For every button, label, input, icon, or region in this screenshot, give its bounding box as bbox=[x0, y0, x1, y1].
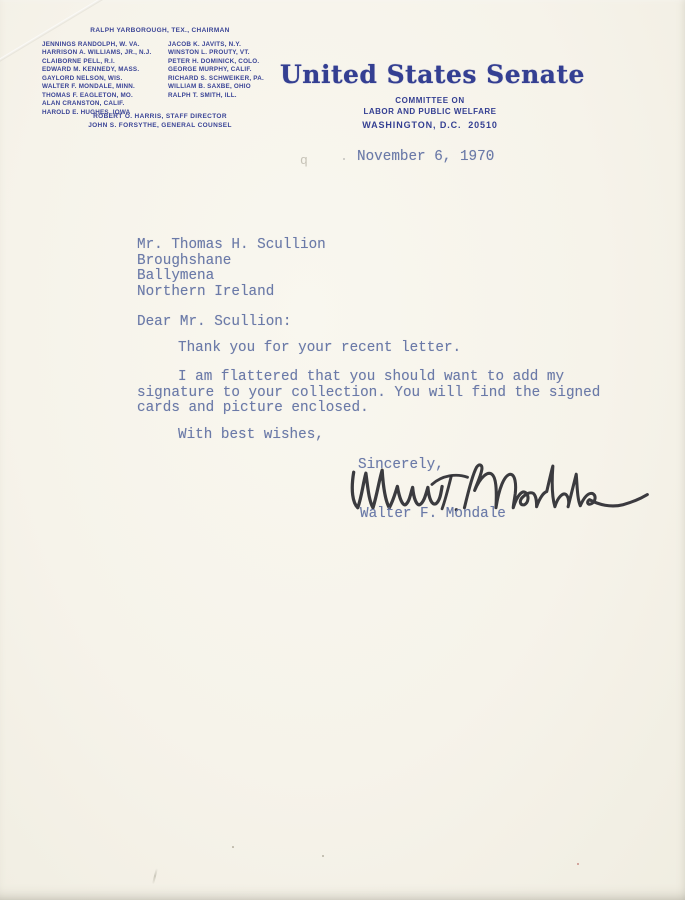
committee-member: GAYLORD NELSON, WIS. bbox=[42, 75, 151, 83]
body-paragraph-2: I am flattered that you should want to a… bbox=[137, 370, 600, 417]
staff-member: JOHN S. FORSYTHE, GENERAL COUNSEL bbox=[40, 121, 280, 130]
salutation: Dear Mr. Scullion: bbox=[137, 315, 291, 331]
paper-speck bbox=[577, 863, 579, 865]
paper-speck bbox=[343, 158, 345, 160]
committee-member: ALAN CRANSTON, CALIF. bbox=[42, 100, 151, 108]
committee-staff: ROBERT O. HARRIS, STAFF DIRECTORJOHN S. … bbox=[40, 112, 280, 130]
committee-member: HARRISON A. WILLIAMS, JR., N.J. bbox=[42, 49, 151, 57]
body-line: cards and picture enclosed. bbox=[137, 401, 600, 417]
committee-member: EDWARD M. KENNEDY, MASS. bbox=[42, 66, 151, 74]
committee-members-left: JENNINGS RANDOLPH, W. VA.HARRISON A. WIL… bbox=[42, 41, 151, 117]
paper-speck bbox=[322, 855, 324, 857]
committee-member: JENNINGS RANDOLPH, W. VA. bbox=[42, 41, 151, 49]
recipient-address-line: Ballymena bbox=[137, 269, 326, 285]
committee-on-line: COMMITTEE ON bbox=[280, 96, 580, 105]
recipient-address-line: Mr. Thomas H. Scullion bbox=[137, 238, 326, 254]
committee-member: WINSTON L. PROUTY, VT. bbox=[168, 49, 264, 57]
washington-address-line: WASHINGTON, D.C. 20510 bbox=[280, 120, 580, 130]
committee-member: RICHARD S. SCHWEIKER, PA. bbox=[168, 75, 264, 83]
committee-member: RALPH T. SMITH, ILL. bbox=[168, 92, 264, 100]
committee-member: CLAIBORNE PELL, R.I. bbox=[42, 58, 151, 66]
committee-member: WALTER F. MONDALE, MINN. bbox=[42, 83, 151, 91]
committee-member: JACOB K. JAVITS, N.Y. bbox=[168, 41, 264, 49]
letter-page: RALPH YARBOROUGH, TEX., CHAIRMAN JENNING… bbox=[0, 0, 685, 900]
letterhead-senate-block: United States Senate COMMITTEE ON LABOR … bbox=[280, 60, 580, 130]
committee-member: WILLIAM B. SAXBE, OHIO bbox=[168, 83, 264, 91]
body-paragraph-1: Thank you for your recent letter. bbox=[178, 341, 461, 357]
recipient-address-line: Northern Ireland bbox=[137, 285, 326, 301]
body-line: I am flattered that you should want to a… bbox=[137, 370, 600, 386]
date-line: November 6, 1970 bbox=[357, 150, 494, 166]
committee-member: PETER H. DOMINICK, COLO. bbox=[168, 58, 264, 66]
recipient-address-line: Broughshane bbox=[137, 254, 326, 270]
committee-name-line: LABOR AND PUBLIC WELFARE bbox=[280, 107, 580, 116]
staff-member: ROBERT O. HARRIS, STAFF DIRECTOR bbox=[40, 112, 280, 121]
senate-title: United States Senate bbox=[280, 60, 580, 89]
faint-pencil-mark: q bbox=[300, 153, 308, 168]
committee-member: THOMAS F. EAGLETON, MO. bbox=[42, 92, 151, 100]
committee-members-right: JACOB K. JAVITS, N.Y.WINSTON L. PROUTY, … bbox=[168, 41, 264, 100]
paper-speck bbox=[232, 846, 234, 848]
paper-smudge bbox=[152, 868, 158, 884]
typed-signature-name: Walter F. Mondale bbox=[360, 507, 506, 523]
committee-chairman: RALPH YARBOROUGH, TEX., CHAIRMAN bbox=[40, 27, 280, 34]
recipient-address: Mr. Thomas H. ScullionBroughshaneBallyme… bbox=[137, 238, 326, 300]
body-paragraph-3: With best wishes, bbox=[178, 428, 324, 444]
committee-member: GEORGE MURPHY, CALIF. bbox=[168, 66, 264, 74]
body-line: signature to your collection. You will f… bbox=[137, 386, 600, 402]
